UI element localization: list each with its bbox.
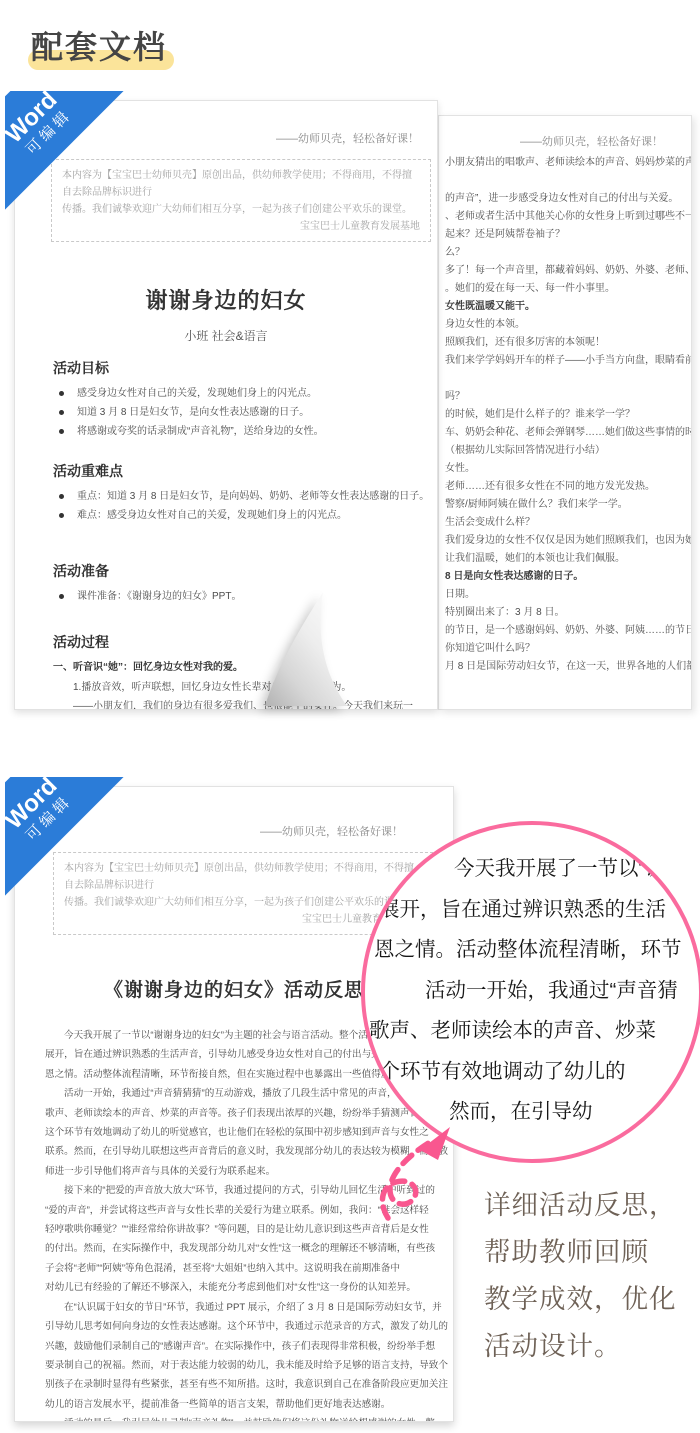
doc-title: 谢谢身边的妇女 <box>15 284 437 315</box>
bullet-item: 将感谢或夸奖的话录制成“声音礼物”，送给身边的女性。 <box>53 422 423 441</box>
doc-text-line: 、老师或者生活中其他关心你的女性身上听到过哪些不一样的 <box>439 208 691 226</box>
keypoint-list: 重点：知道 3 月 8 日是妇女节，是向妈妈、奶奶、老师等女性表达感谢的日子。 … <box>53 487 423 525</box>
magnifier-circle: 今天我开展了一节以“谢 展开，旨在通过辨识熟悉的生活 恩之情。活动整体流程清晰，… <box>361 821 700 1163</box>
doc-text-line: 兴趣，鼓励他们录制自己的“感谢声音”。在实际操作中，孩子们表现得非常积极，纷纷举… <box>45 1337 453 1356</box>
bullet-item: 知道 3 月 8 日是妇女节，是向女性表达感谢的日子。 <box>53 403 423 422</box>
bullet-dot-icon <box>59 391 64 396</box>
doc-text-line: 多了！每一个声音里，都藏着妈妈、奶奶、外婆、老师、阿姨、 <box>439 262 691 280</box>
prep-list: 课件准备：《谢谢身边的妇女》PPT。 <box>53 587 423 606</box>
doc-text-line: 车、奶奶会种花、老师会弹钢琴……她们做这些事情的时候，看 <box>439 424 691 442</box>
magnifier-arrow-icon <box>374 1126 470 1226</box>
doc-text-line: 活动的最后，我引导幼儿录制“声音礼物”，并鼓励他们将这份礼物送给想感谢的女性。整 <box>45 1414 453 1421</box>
bullet-dot-icon <box>59 410 64 415</box>
notice-line: 本内容为【宝宝巴士幼师贝壳】原创出品，供幼师教学使用；不得商用，不得擅自去除品牌… <box>64 860 422 894</box>
magnified-line: 活动一开始，我通过“声音猜 <box>425 971 699 1012</box>
bullet-item: 重点：知道 3 月 8 日是妇女节，是向妈妈、奶奶、老师等女性表达感谢的日子。 <box>53 487 423 506</box>
doc-text-line: 我们来学学妈妈开车的样子——小手当方向盘，眼睛看前方。 <box>439 352 691 370</box>
section-keypoints: 活动重难点 重点：知道 3 月 8 日是妇女节，是向妈妈、奶奶、老师等女性表达感… <box>53 461 423 525</box>
section-heading: 活动目标 <box>53 358 423 378</box>
doc-text-line: 的付出。然而，在实际操作中，我发现部分幼儿对“女性”这一概念的理解还不够清晰，有… <box>45 1239 453 1258</box>
doc2-page-preview: ——幼师贝壳，轻松备好课！ 本内容为【宝宝巴士幼师贝壳】原创出品，供幼师教学使用… <box>14 786 454 1422</box>
caption-line: 详细活动反思， <box>484 1182 677 1229</box>
doc-text-line: 女性。 <box>439 460 691 478</box>
bullet-dot-icon <box>59 429 64 434</box>
doc-text-line: 女性既温暖又能干。 <box>439 298 691 316</box>
doc-text-line: 生活会变成什么样？ <box>439 514 691 532</box>
section-heading: 活动过程 <box>53 632 423 652</box>
bullet-item: 难点：感受身边女性对自己的关爱，发现她们身上的闪光点。 <box>53 506 423 525</box>
doc-text-line: 引导幼儿思考如何向身边的女性表达感谢。这个环节中，我通过示范录音的方式，激发了幼… <box>45 1317 453 1336</box>
doc-subtitle: 小班 社会&语言 <box>15 327 437 344</box>
caption-line: 帮助教师回顾 <box>484 1229 677 1276</box>
notice-signature: 宝宝巴士儿童教育发展基地 <box>62 218 420 235</box>
doc-text-line: 让我们温暖，她们的本领也让我们佩服。 <box>439 550 691 568</box>
doc-text-line: 日期。 <box>439 586 691 604</box>
magnified-line: 今天我开展了一节以“谢 <box>454 849 699 890</box>
doc-text-line: 的声音”，进一步感受身边女性对自己的付出与关爱。 <box>439 190 691 208</box>
doc-text-line: 月 8 日是国际劳动妇女节，在这一天，世界各地的人们都会庆祝这个节日， <box>439 658 691 676</box>
notice-line: 本内容为【宝宝巴士幼师贝壳】原创出品，供幼师教学使用；不得商用，不得擅自去除品牌… <box>62 167 420 201</box>
notice-signature: 宝宝巴士儿童教育发展基地 <box>64 911 422 928</box>
doc-slogan: ——幼师贝壳，轻松备好课！ <box>15 787 453 839</box>
section-preparation: 活动准备 课件准备：《谢谢身边的妇女》PPT。 <box>53 561 423 606</box>
doc-text-line: 么？ <box>439 244 691 262</box>
section-goals: 活动目标 感受身边女性对自己的关爱，发现她们身上的闪光点。 知道 3 月 8 日… <box>53 358 423 441</box>
bullet-dot-icon <box>59 594 64 599</box>
goal-list: 感受身边女性对自己的关爱，发现她们身上的闪光点。 知道 3 月 8 日是妇女节，… <box>53 384 423 441</box>
copyright-notice: 本内容为【宝宝巴士幼师贝壳】原创出品，供幼师教学使用；不得商用，不得擅自去除品牌… <box>51 159 431 242</box>
magnified-line: 这个环节有效地调动了幼儿的 <box>361 1052 699 1093</box>
doc-text-line: 8 日是向女性表达感谢的日子。 <box>439 568 691 586</box>
doc-text-line: 我们爱身边的女性不仅仅是因为她们照顾我们，也因为她们本 <box>439 532 691 550</box>
doc-text-line: ——小朋友们，我们的身边有很多爱我们、也很能干的女性。今天我们来玩一 <box>53 697 423 709</box>
page-curl <box>251 592 351 708</box>
doc-text-line: 对幼儿已有经验的了解还不够深入，未能充分考虑到他们对“女性”这一身份的认知差异。 <box>45 1278 453 1297</box>
page: 配套文档 ——幼师贝壳，轻松备好课！ 小朋友猜出的唱歌声、老师读绘本的声音、妈妈… <box>0 0 700 1433</box>
bullet-item: 感受身边女性对自己的关爱，发现她们身上的闪光点。 <box>53 384 423 403</box>
doc-text-line: 在“认识属于妇女的节日”环节，我通过 PPT 展示，介绍了 3 月 8 日是国际… <box>45 1298 453 1317</box>
doc-slogan: ——幼师贝壳，轻松备好课！ <box>15 101 437 146</box>
process-lines: 一、听音识“她”：回忆身边女性对我的爱。1.播放音效，听声联想，回忆身边女性长辈… <box>53 658 423 709</box>
doc1-page2-preview: ——幼师贝壳，轻松备好课！ 小朋友猜出的唱歌声、老师读绘本的声音、妈妈炒菜的声音… <box>438 115 692 710</box>
doc-text-line: 吗？ <box>439 388 691 406</box>
caption-line: 教学成效，优化 <box>484 1276 677 1323</box>
doc-text-line: （根据幼儿实际回答情况进行小结） <box>439 442 691 460</box>
doc1-page1-preview: ——幼师贝壳，轻松备好课！ 本内容为【宝宝巴士幼师贝壳】原创出品，供幼师教学使用… <box>14 100 438 710</box>
doc-text-line: 的时候，她们是什么样子的？谁来学一学？ <box>439 406 691 424</box>
doc-text-line: 身边女性的本领。 <box>439 316 691 334</box>
doc-slogan: ——幼师贝壳，轻松备好课！ <box>439 116 691 149</box>
doc-text-line: 别孩子在录制时显得有些紧张，甚至有些不知所措。这时，我意识到自己在准备阶段应更加… <box>45 1375 453 1394</box>
doc-text-line: 子会将“老师”“阿姨”等角色混淆，甚至将“大姐姐”也纳入其中。这说明我在前期准备… <box>45 1259 453 1278</box>
doc-text-line: 1.播放音效，听声联想，回忆身边女性长辈对自己的关爱行为。 <box>53 678 423 698</box>
doc-text-line: 。她们的爱在每一天、每一件小事里。 <box>439 280 691 298</box>
doc-text-line: 的节日，是一个感谢妈妈、奶奶、外婆、阿姨……的节日。每一 <box>439 622 691 640</box>
doc-text-line: 照顾我们，还有很多厉害的本领呢！ <box>439 334 691 352</box>
doc-text-line <box>439 370 691 388</box>
bullet-dot-icon <box>59 494 64 499</box>
magnified-line: 展开，旨在通过辨识熟悉的生活 <box>379 890 699 931</box>
caption-line: 活动设计。 <box>484 1323 677 1370</box>
bullet-item: 课件准备：《谢谢身边的妇女》PPT。 <box>53 587 423 606</box>
section-heading: 活动重难点 <box>53 461 423 481</box>
section-heading: 活动准备 <box>53 561 423 581</box>
doc-text-line: 要录制自己的祝福。然而，对于表达能力较弱的幼儿，我未能及时给予足够的语言支持，导… <box>45 1356 453 1375</box>
magnified-line: 然而，在引导幼 <box>449 1092 699 1133</box>
doc-text-line: 特别圈出来了：3 月 8 日。 <box>439 604 691 622</box>
doc-text-line: 一、听音识“她”：回忆身边女性对我的爱。 <box>53 658 423 678</box>
doc-text-line: 歌声、老师读绘本的声音、炒菜的声音等。孩子们表现出浓厚的兴趣，纷纷举手猜测声音 <box>45 1104 453 1123</box>
notice-line: 传播。我们诚挚欢迎广大幼师们相互分享，一起为孩子们创建公平欢乐的课堂。 <box>64 894 422 911</box>
bullet-dot-icon <box>59 513 64 518</box>
feature-caption: 详细活动反思，帮助教师回顾教学成效，优化活动设计。 <box>484 1182 677 1370</box>
section-process: 活动过程 一、听音识“她”：回忆身边女性对我的爱。1.播放音效，听声联想，回忆身… <box>53 632 423 709</box>
doc-text-line: 你知道它叫什么吗？ <box>439 640 691 658</box>
doc-text-line: 老师……还有很多女性在不同的地方发光发热。 <box>439 478 691 496</box>
magnifier-text: 今天我开展了一节以“谢 展开，旨在通过辨识熟悉的生活 恩之情。活动整体流程清晰，… <box>365 825 699 1133</box>
section-title: 配套文档 <box>28 22 170 68</box>
section-title-highlight: 配套文档 <box>28 22 170 68</box>
doc-text-line: 起来？还是阿姨帮卷袖子？ <box>439 226 691 244</box>
doc-text-line: 警察/厨师阿姨在做什么？我们来学一学。 <box>439 496 691 514</box>
doc-text-line <box>439 172 691 190</box>
magnified-line: 恩之情。活动整体流程清晰，环节 <box>374 930 699 971</box>
magnified-line: 歌声、老师读绘本的声音、炒菜 <box>369 1011 699 1052</box>
notice-line: 传播。我们诚挚欢迎广大幼师们相互分享，一起为孩子们创建公平欢乐的课堂。 <box>62 201 420 218</box>
doc-text-line: 幼儿的语言发展水平，提前准备一些简单的语言支架，帮助他们更好地表达感谢。 <box>45 1395 453 1414</box>
doc1-page2-lines: 小朋友猜出的唱歌声、老师读绘本的声音、妈妈炒菜的声音。她 的声音”，进一步感受身… <box>439 154 691 676</box>
doc-text-line: 小朋友猜出的唱歌声、老师读绘本的声音、妈妈炒菜的声音。她 <box>439 154 691 172</box>
